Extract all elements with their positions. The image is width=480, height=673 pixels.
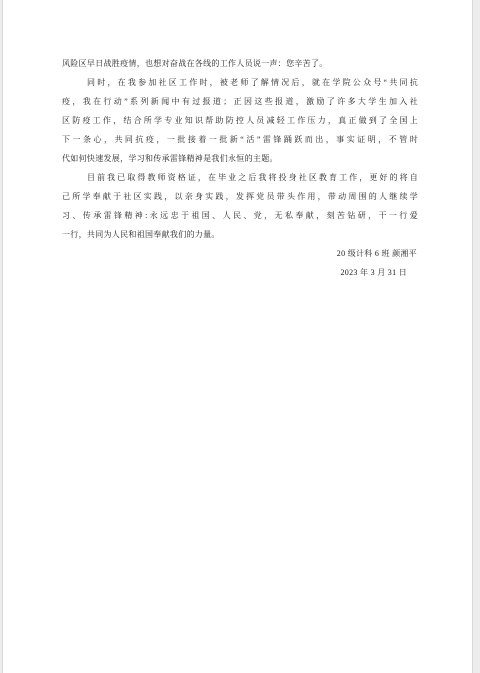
document-page: 风险区早日战胜疫情，也想对奋战在各线的工作人员说一声：您辛苦了。 同时，在我参加… — [2, 0, 473, 673]
paragraph-line: 习、传承雷锋精神:永远忠于祖国、人民、党，无私奉献，刻苦钻研，干一行爱 — [62, 206, 418, 225]
paragraph-line: 一行，共同为人民和祖国奉献我们的力量。 — [62, 225, 418, 244]
paragraph-line: 区防疫工作，结合所学专业知识帮助防控人员减轻工作压力，真正做到了全国上 — [62, 111, 418, 130]
paragraph-line: 疫，我在行动”系列新闻中有过报道；正因这些报道，激励了许多大学生加入社 — [62, 92, 418, 111]
document-viewer: 风险区早日战胜疫情，也想对奋战在各线的工作人员说一声：您辛苦了。 同时，在我参加… — [0, 0, 480, 673]
paragraph-line: 下一条心，共同抗疫，一批接着一批新“活”雷锋踊跃而出，事实证明，不管时 — [62, 130, 418, 149]
paragraph-line: 同时，在我参加社区工作时，被老师了解情况后，就在学院公众号“共同抗 — [62, 73, 418, 92]
signature-line: 20 级计科 6 班 颜湘平 — [62, 244, 418, 263]
paragraph-line: 代如何快速发展，学习和传承雷锋精神是我们永恒的主题。 — [62, 149, 418, 168]
paragraph-line: 风险区早日战胜疫情，也想对奋战在各线的工作人员说一声：您辛苦了。 — [62, 54, 418, 73]
paragraph-line: 目前我已取得教师资格证，在毕业之后我将投身社区教育工作，更好的将自 — [62, 168, 418, 187]
date-line: 2023 年 3 月 31 日 — [62, 263, 418, 282]
document-body: 风险区早日战胜疫情，也想对奋战在各线的工作人员说一声：您辛苦了。 同时，在我参加… — [62, 54, 418, 282]
paragraph-line: 己所学奉献于社区实践，以亲身实践，发挥党员带头作用，带动周围的人继续学 — [62, 187, 418, 206]
